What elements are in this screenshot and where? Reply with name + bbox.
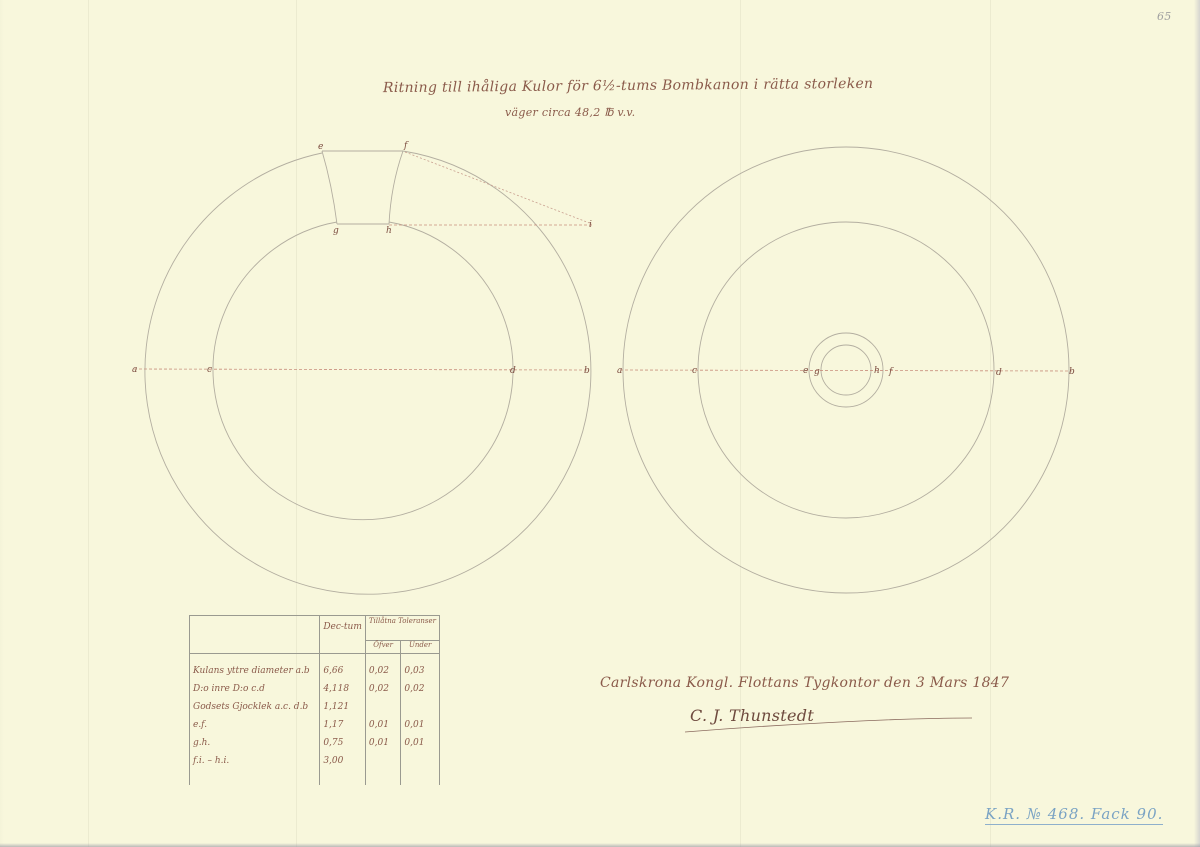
label-e: e [803, 366, 808, 376]
place-and-date: Carlskrona Kongl. Flottans Tygkontor den… [600, 675, 1009, 691]
construction-line-f-i [405, 152, 592, 224]
header-over: Öfver [365, 641, 401, 654]
table-row: g.h. 0,75 0,01 0,01 [190, 734, 440, 752]
header-decimal: Dec-tum [320, 616, 366, 654]
row-under [401, 698, 440, 716]
label-a: a [132, 365, 137, 375]
row-over [365, 698, 401, 716]
label-c: c [207, 365, 212, 375]
technical-drawing: a c d b e f g h i a c e g h f d b [0, 0, 1200, 847]
row-value: 4,118 [320, 680, 366, 698]
row-under: 0,02 [401, 680, 440, 698]
row-label: Godsets Gjocklek a.c. d.b [190, 698, 320, 716]
left-center-axis [134, 369, 588, 370]
label-c: c [692, 366, 697, 376]
right-center-axis [620, 370, 1072, 371]
label-g: g [814, 367, 820, 377]
label-d: d [510, 366, 516, 376]
row-over: 0,01 [365, 734, 401, 752]
row-value: 6,66 [320, 654, 366, 681]
row-value: 0,75 [320, 734, 366, 752]
label-i: i [589, 220, 592, 230]
header-under: Under [401, 641, 440, 654]
table-row: Godsets Gjocklek a.c. d.b 1,121 [190, 698, 440, 716]
table-row: D:o inre D:o c.d 4,118 0,02 0,02 [190, 680, 440, 698]
label-h: h [386, 226, 392, 236]
label-g: g [333, 226, 339, 236]
table-filler-row [190, 770, 440, 785]
label-a: a [617, 366, 622, 376]
label-e: e [318, 142, 323, 152]
row-under: 0,03 [401, 654, 440, 681]
row-label: f.i. – h.i. [190, 752, 320, 770]
row-value: 1,121 [320, 698, 366, 716]
label-f: f [403, 141, 409, 151]
left-cross-section: a c d b e f g h i [132, 141, 592, 594]
row-label: Kulans yttre diameter a.b [190, 654, 320, 681]
archive-reference: K.R. № 468. Fack 90. [985, 805, 1163, 825]
hole-right-side [389, 151, 403, 224]
row-over: 0,02 [365, 680, 401, 698]
label-b: b [584, 366, 590, 376]
label-b: b [1069, 367, 1075, 377]
row-value: 3,00 [320, 752, 366, 770]
row-label: D:o inre D:o c.d [190, 680, 320, 698]
table-row: e.f. 1,17 0,01 0,01 [190, 716, 440, 734]
table-row: f.i. – h.i. 3,00 [190, 752, 440, 770]
label-f: f [888, 367, 894, 377]
row-under: 0,01 [401, 734, 440, 752]
row-over: 0,02 [365, 654, 401, 681]
hole-inner-circle [821, 345, 871, 395]
specification-table: Dec-tum Tillåtna Toleranser Öfver Under … [189, 615, 440, 785]
row-over: 0,01 [365, 716, 401, 734]
label-d: d [996, 368, 1002, 378]
row-under: 0,01 [401, 716, 440, 734]
row-under [401, 752, 440, 770]
signature-flourish [680, 712, 980, 737]
table-row: Kulans yttre diameter a.b 6,66 0,02 0,03 [190, 654, 440, 681]
hole-outer-circle [809, 333, 883, 407]
row-label: g.h. [190, 734, 320, 752]
row-value: 1,17 [320, 716, 366, 734]
row-over [365, 752, 401, 770]
label-h: h [874, 366, 880, 376]
row-label: e.f. [190, 716, 320, 734]
right-outer-circle [623, 147, 1069, 593]
header-description [190, 616, 320, 654]
right-concentric-view: a c e g h f d b [617, 147, 1075, 593]
header-tolerances: Tillåtna Toleranser [365, 616, 439, 641]
hole-left-side [322, 151, 337, 224]
left-inner-circle [213, 222, 513, 520]
